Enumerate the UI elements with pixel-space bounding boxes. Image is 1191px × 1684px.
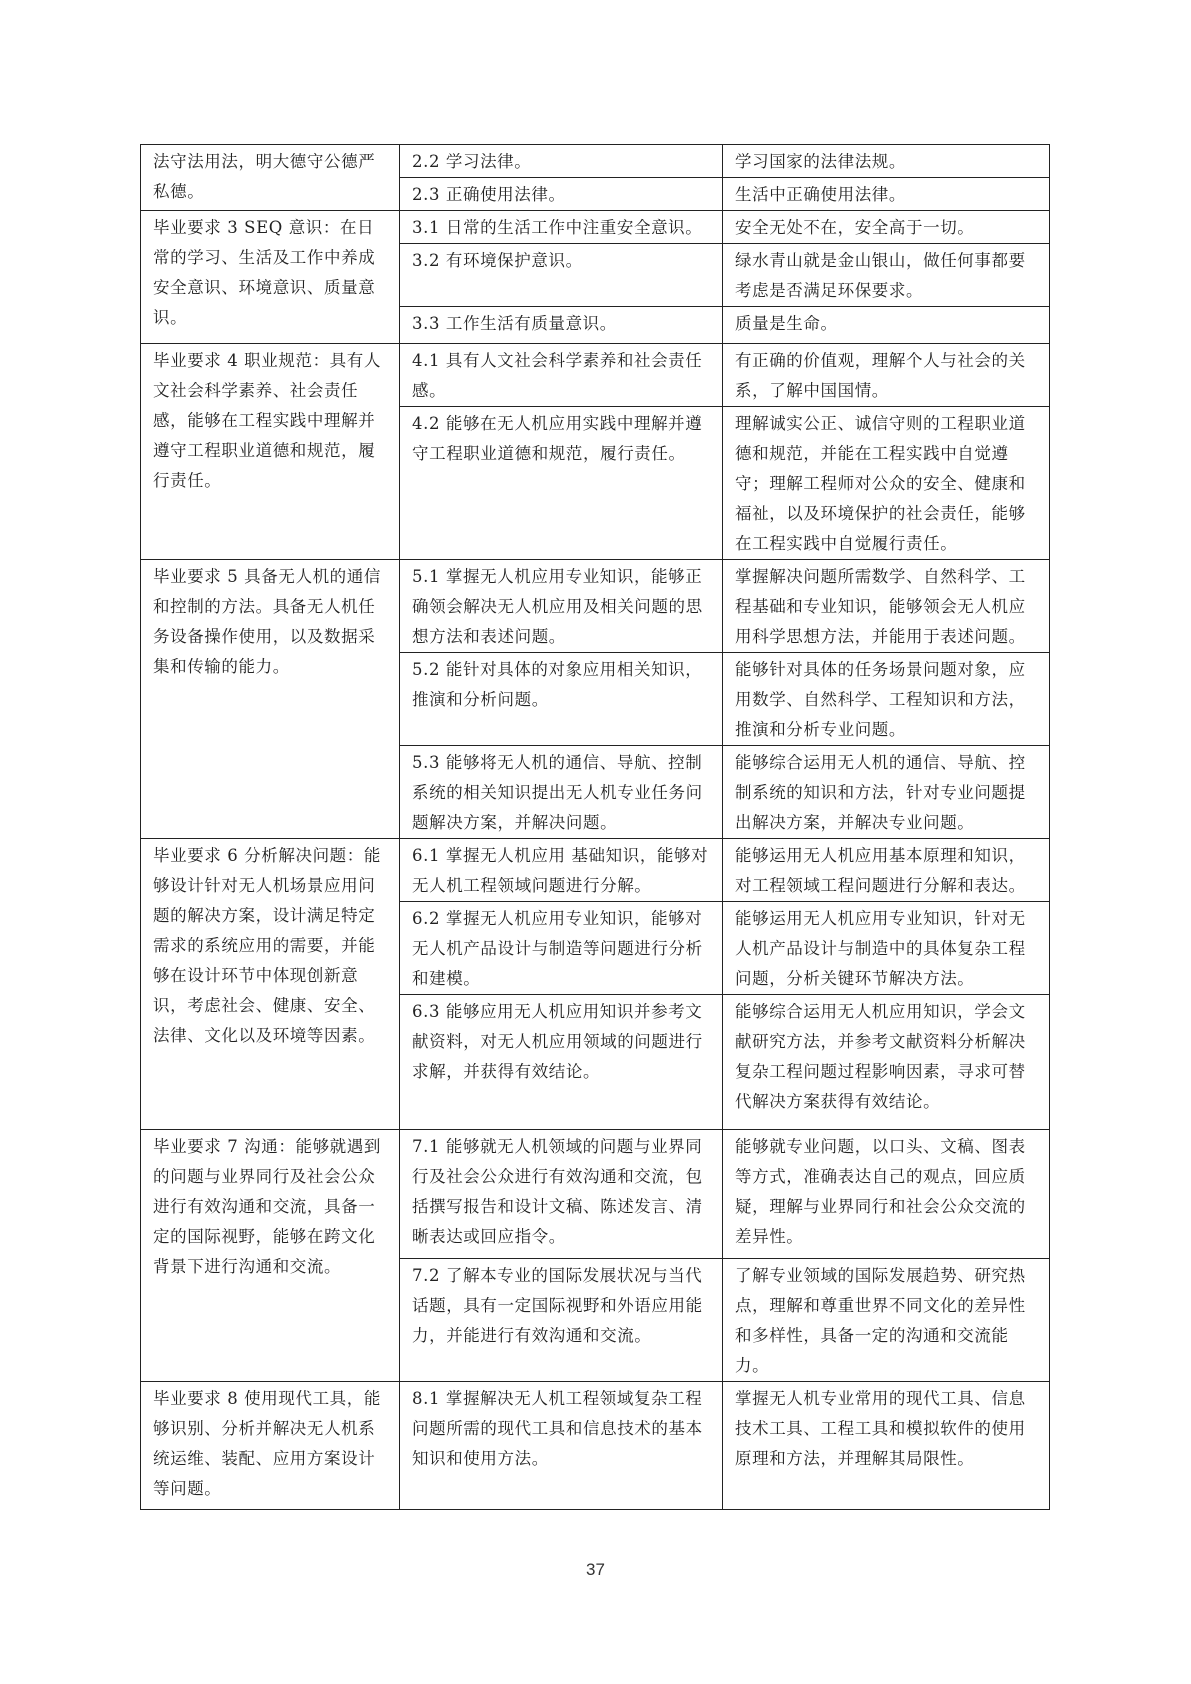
- description-cell: 掌握无人机专业常用的现代工具、信息技术工具、工程工具和模拟软件的使用原理和方法，…: [723, 1382, 1050, 1510]
- description-cell: 有正确的价值观，理解个人与社会的关系，了解中国国情。: [723, 344, 1050, 407]
- indicator-cell: 6.1 掌握无人机应用 基础知识，能够对无人机工程领域问题进行分解。: [400, 839, 723, 902]
- indicator-cell: 7.1 能够就无人机领域的问题与业界同行及社会公众进行有效沟通和交流，包括撰写报…: [400, 1130, 723, 1259]
- description-cell: 能够运用无人机应用专业知识，针对无人机产品设计与制造中的具体复杂工程问题，分析关…: [723, 902, 1050, 995]
- indicator-cell: 3.3 工作生活有质量意识。: [400, 307, 723, 344]
- table-row: 毕业要求 7 沟通：能够就遇到的问题与业界同行及社会公众进行有效沟通和交流，具备…: [141, 1130, 1050, 1259]
- indicator-cell: 7.2 了解本专业的国际发展状况与当代话题，具有一定国际视野和外语应用能力，并能…: [400, 1259, 723, 1382]
- table-row: 毕业要求 8 使用现代工具，能够识别、分析并解决无人机系统运维、装配、应用方案设…: [141, 1382, 1050, 1510]
- indicator-cell: 8.1 掌握解决无人机工程领域复杂工程问题所需的现代工具和信息技术的基本知识和使…: [400, 1382, 723, 1510]
- table-row: 毕业要求 5 具备无人机的通信和控制的方法。具备无人机任务设备操作使用，以及数据…: [141, 560, 1050, 653]
- indicator-cell: 4.1 具有人文社会科学素养和社会责任感。: [400, 344, 723, 407]
- description-cell: 绿水青山就是金山银山，做任何事都要考虑是否满足环保要求。: [723, 244, 1050, 307]
- description-cell: 生活中正确使用法律。: [723, 178, 1050, 211]
- table-row: 毕业要求 4 职业规范：具有人文社会科学素养、社会责任感，能够在工程实践中理解并…: [141, 344, 1050, 407]
- requirement-cell: 毕业要求 6 分析解决问题：能够设计针对无人机场景应用问题的解决方案，设计满足特…: [141, 839, 400, 1130]
- requirement-cell: 毕业要求 4 职业规范：具有人文社会科学素养、社会责任感，能够在工程实践中理解并…: [141, 344, 400, 560]
- description-cell: 掌握解决问题所需数学、自然科学、工程基础和专业知识，能够领会无人机应用科学思想方…: [723, 560, 1050, 653]
- table-row: 法守法用法，明大德守公德严私德。 2.2 学习法律。 学习国家的法律法规。: [141, 145, 1050, 178]
- indicator-cell: 3.2 有环境保护意识。: [400, 244, 723, 307]
- description-cell: 能够综合运用无人机的通信、导航、控制系统的知识和方法，针对专业问题提出解决方案，…: [723, 746, 1050, 839]
- indicator-cell: 4.2 能够在无人机应用实践中理解并遵守工程职业道德和规范，履行责任。: [400, 407, 723, 560]
- indicator-cell: 5.3 能够将无人机的通信、导航、控制系统的相关知识提出无人机专业任务问题解决方…: [400, 746, 723, 839]
- graduation-requirements-table: 法守法用法，明大德守公德严私德。 2.2 学习法律。 学习国家的法律法规。 2.…: [140, 144, 1050, 1510]
- description-cell: 质量是生命。: [723, 307, 1050, 344]
- indicator-cell: 5.2 能针对具体的对象应用相关知识，推演和分析问题。: [400, 653, 723, 746]
- description-cell: 理解诚实公正、诚信守则的工程职业道德和规范，并能在工程实践中自觉遵守；理解工程师…: [723, 407, 1050, 560]
- table-row: 毕业要求 6 分析解决问题：能够设计针对无人机场景应用问题的解决方案，设计满足特…: [141, 839, 1050, 902]
- indicator-cell: 6.3 能够应用无人机应用知识并参考文献资料，对无人机应用领域的问题进行求解，并…: [400, 995, 723, 1130]
- description-cell: 能够运用无人机应用基本原理和知识，对工程领域工程问题进行分解和表达。: [723, 839, 1050, 902]
- table-row: 毕业要求 3 SEQ 意识：在日常的学习、生活及工作中养成安全意识、环境意识、质…: [141, 211, 1050, 244]
- indicator-cell: 2.2 学习法律。: [400, 145, 723, 178]
- description-cell: 能够针对具体的任务场景问题对象，应用数学、自然科学、工程知识和方法，推演和分析专…: [723, 653, 1050, 746]
- requirement-cell: 法守法用法，明大德守公德严私德。: [141, 145, 400, 211]
- description-cell: 能够就专业问题，以口头、文稿、图表等方式，准确表达自己的观点，回应质疑，理解与业…: [723, 1130, 1050, 1259]
- description-cell: 学习国家的法律法规。: [723, 145, 1050, 178]
- requirement-cell: 毕业要求 7 沟通：能够就遇到的问题与业界同行及社会公众进行有效沟通和交流，具备…: [141, 1130, 400, 1382]
- page-number: 37: [0, 1560, 1191, 1580]
- requirement-cell: 毕业要求 5 具备无人机的通信和控制的方法。具备无人机任务设备操作使用，以及数据…: [141, 560, 400, 839]
- indicator-cell: 2.3 正确使用法律。: [400, 178, 723, 211]
- requirement-cell: 毕业要求 8 使用现代工具，能够识别、分析并解决无人机系统运维、装配、应用方案设…: [141, 1382, 400, 1510]
- description-cell: 能够综合运用无人机应用知识，学会文献研究方法，并参考文献资料分析解决复杂工程问题…: [723, 995, 1050, 1130]
- indicator-cell: 5.1 掌握无人机应用专业知识，能够正确领会解决无人机应用及相关问题的思想方法和…: [400, 560, 723, 653]
- description-cell: 安全无处不在，安全高于一切。: [723, 211, 1050, 244]
- document-page: 法守法用法，明大德守公德严私德。 2.2 学习法律。 学习国家的法律法规。 2.…: [0, 0, 1191, 1684]
- indicator-cell: 3.1 日常的生活工作中注重安全意识。: [400, 211, 723, 244]
- indicator-cell: 6.2 掌握无人机应用专业知识，能够对无人机产品设计与制造等问题进行分析和建模。: [400, 902, 723, 995]
- description-cell: 了解专业领域的国际发展趋势、研究热点，理解和尊重世界不同文化的差异性和多样性，具…: [723, 1259, 1050, 1382]
- requirement-cell: 毕业要求 3 SEQ 意识：在日常的学习、生活及工作中养成安全意识、环境意识、质…: [141, 211, 400, 344]
